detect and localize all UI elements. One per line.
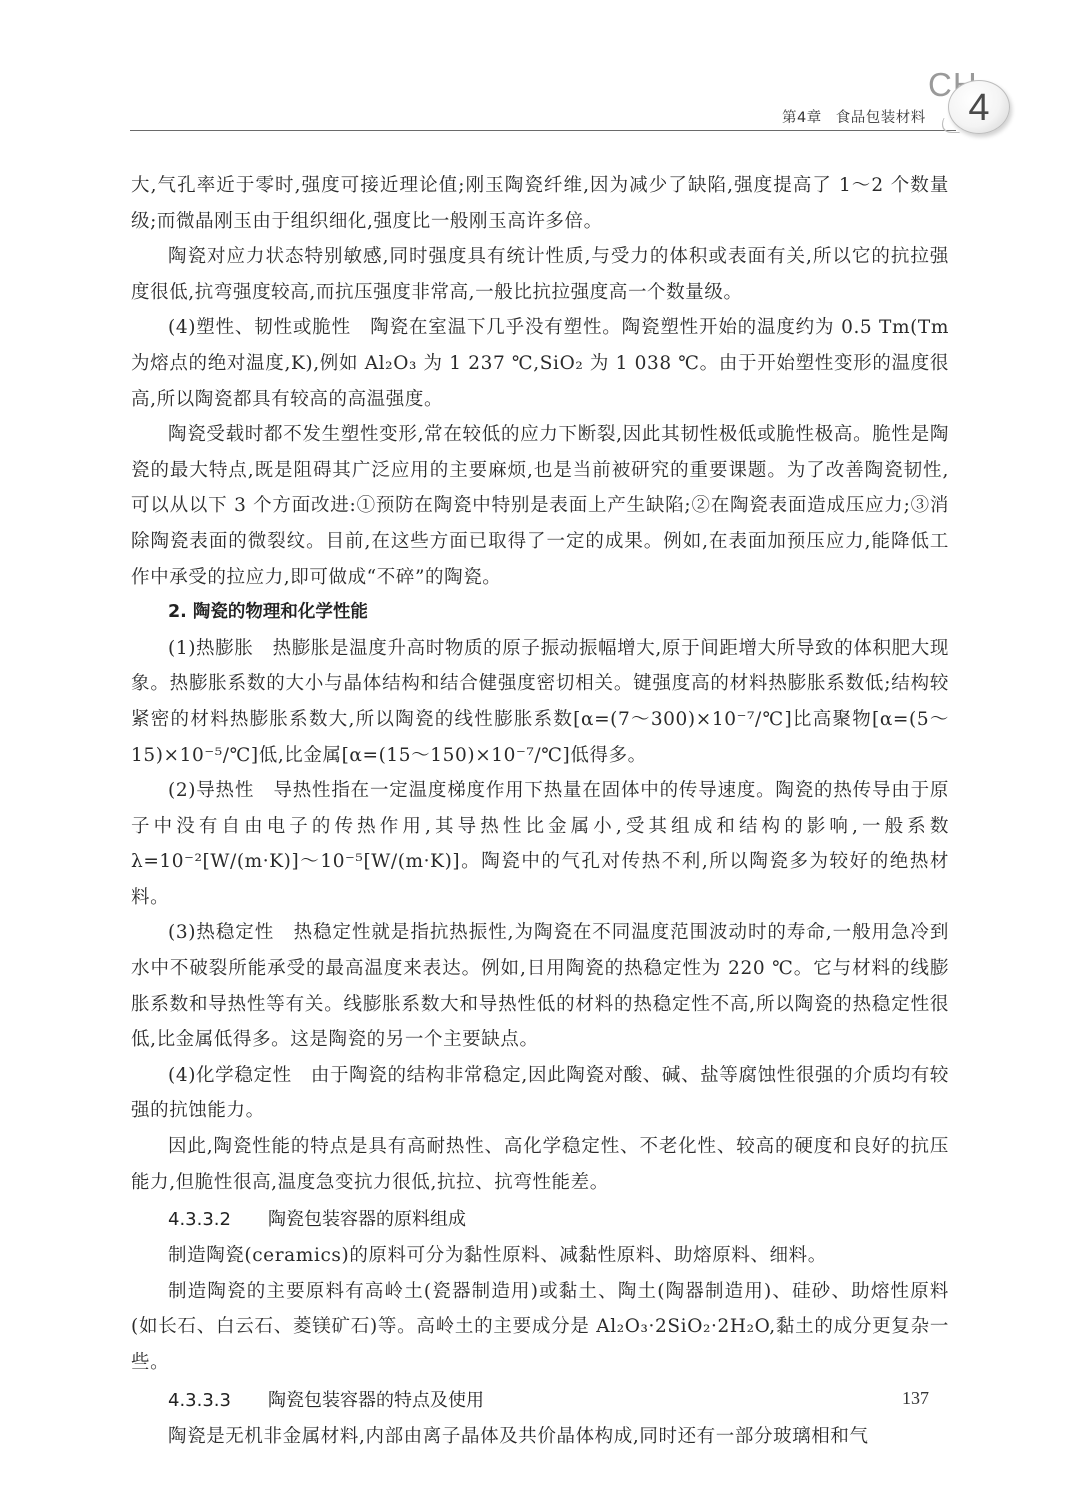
- paragraph: 陶瓷对应力状态特别敏感,同时强度具有统计性质,与受力的体积或表面有关,所以它的抗…: [131, 239, 949, 310]
- chapter-number: 4: [968, 89, 989, 127]
- paragraph-thermal-expansion: (1)热膨胀 热膨胀是温度升高时物质的原子振动振幅增大,原于间距增大所导致的体积…: [131, 631, 949, 773]
- paragraph-brittleness: 陶瓷受载时都不发生塑性变形,常在较低的应力下断裂,因此其韧性极低或脆性极高。脆性…: [131, 417, 949, 595]
- chapter-number-badge: 4: [948, 80, 1010, 134]
- paragraph: 大,气孔率近于零时,强度可接近理论值;刚玉陶瓷纤维,因为减少了缺陷,强度提高了 …: [131, 168, 949, 239]
- paragraph: 制造陶瓷(ceramics)的原料可分为黏性原料、减黏性原料、助熔原料、细料。: [131, 1238, 949, 1274]
- section-heading: 2. 陶瓷的物理和化学性能: [131, 595, 949, 631]
- chapter-prefix: 第4章: [782, 110, 822, 126]
- running-head: 第4章食品包装材料: [782, 106, 926, 127]
- paragraph-chemical-stability: (4)化学稳定性 由于陶瓷的结构非常稳定,因此陶瓷对酸、碱、盐等腐蚀性很强的介质…: [131, 1058, 949, 1129]
- paragraph: 制造陶瓷的主要原料有高岭土(瓷器制造用)或黏土、陶土(陶器制造用)、硅砂、助熔性…: [131, 1274, 949, 1381]
- paragraph: 陶瓷是无机非金属材料,内部由离子晶体及共价晶体构成,同时还有一部分玻璃相和气: [131, 1419, 949, 1455]
- header-rule: [130, 130, 956, 131]
- paragraph-summary: 因此,陶瓷性能的特点是具有高耐热性、高化学稳定性、不老化性、较高的硬度和良好的抗…: [131, 1129, 949, 1200]
- subsection-heading: 4.3.3.3陶瓷包装容器的特点及使用: [131, 1383, 949, 1419]
- paragraph-thermal-stability: (3)热稳定性 热稳定性就是指抗热振性,为陶瓷在不同温度范围波动时的寿命,一般用…: [131, 915, 949, 1057]
- page-body: 大,气孔率近于零时,强度可接近理论值;刚玉陶瓷纤维,因为减少了缺陷,强度提高了 …: [131, 168, 949, 1454]
- chapter-title: 食品包装材料: [836, 110, 926, 126]
- paragraph-plasticity: (4)塑性、韧性或脆性 陶瓷在室温下几乎没有塑性。陶瓷塑性开始的温度约为 0.5…: [131, 310, 949, 417]
- subsection-number: 4.3.3.3: [168, 1383, 268, 1419]
- subsection-title: 陶瓷包装容器的原料组成: [268, 1209, 466, 1230]
- subsection-heading: 4.3.3.2陶瓷包装容器的原料组成: [131, 1202, 949, 1238]
- subsection-title: 陶瓷包装容器的特点及使用: [268, 1390, 484, 1411]
- paragraph-thermal-conductivity: (2)导热性 导热性指在一定温度梯度作用下热量在固体中的传导速度。陶瓷的热传导由…: [131, 773, 949, 915]
- page-header: CH 第4章食品包装材料 4: [0, 0, 1080, 150]
- page-number: 137: [902, 1388, 929, 1409]
- subsection-number: 4.3.3.2: [168, 1202, 268, 1238]
